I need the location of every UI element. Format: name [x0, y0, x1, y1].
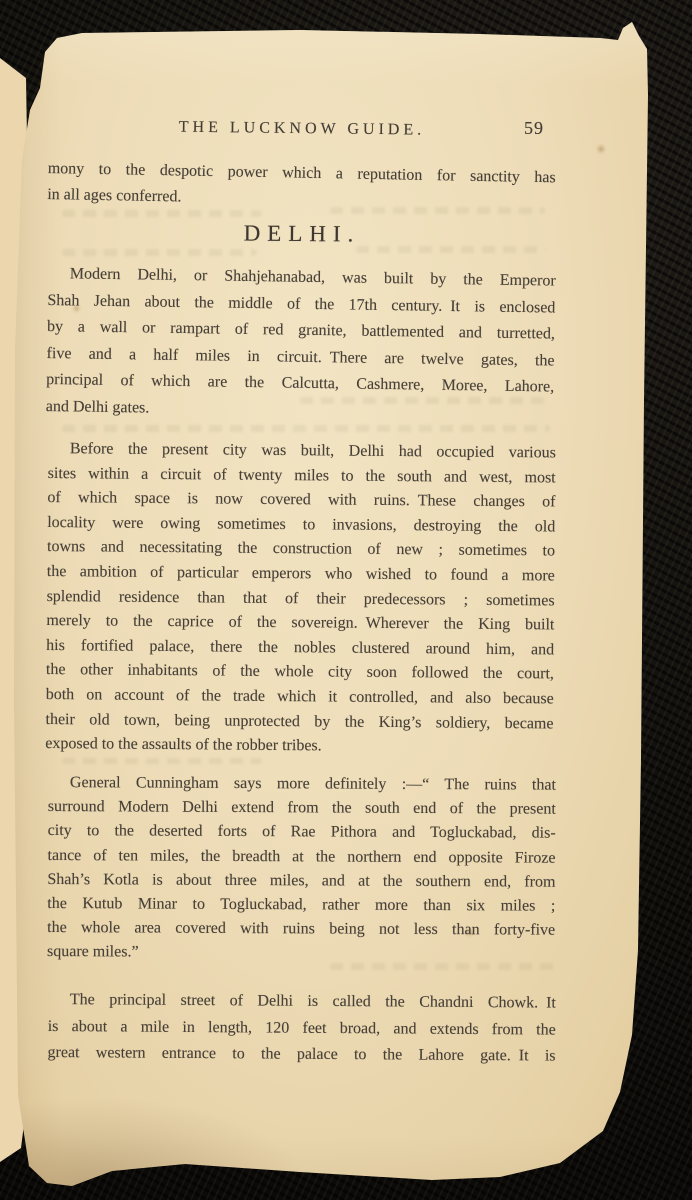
- show-through-mark: [62, 758, 262, 764]
- paragraph: Modern Delhi, or Shahjehanabad, was buil…: [46, 261, 556, 428]
- text-line: the whole area covered with ruins being …: [47, 916, 555, 943]
- text-line: surround Modern Delhi extend from the so…: [48, 795, 556, 822]
- text-line: General Cunningham says more definitely …: [48, 771, 556, 798]
- paragraph: General Cunningham says more definitely …: [47, 771, 556, 967]
- text-line: Shah’s Kotla is about three miles, and a…: [47, 868, 555, 895]
- paragraph: The principal street of Delhi is called …: [47, 987, 556, 1070]
- text-line: square miles.”: [47, 940, 555, 967]
- text-line: both on account of the trade which it co…: [46, 683, 554, 712]
- paragraph: mony to the despotic power which a reput…: [47, 156, 556, 217]
- page-number: 59: [524, 118, 544, 139]
- show-through-mark: [62, 249, 257, 256]
- foxing-spot: [598, 146, 604, 152]
- text-line: tance of ten miles, the breadth at the n…: [47, 844, 555, 871]
- text-line: great western entrance to the palace to …: [47, 1040, 555, 1070]
- text-line: The principal street of Delhi is called …: [48, 987, 556, 1017]
- text-line: exposed to the assaults of the robber tr…: [45, 732, 553, 761]
- text-line: is about a mile in length, 120 feet broa…: [48, 1013, 556, 1043]
- text-line: the Kutub Minar to Togluckabad, rather m…: [47, 892, 555, 919]
- section-heading: DELHI.: [48, 219, 556, 249]
- paragraph: Before the present city was built, Delhi…: [45, 437, 556, 761]
- text-line: city to the deserted forts of Rae Pithor…: [48, 819, 556, 846]
- text-line: the ambition of particular emperors who …: [47, 560, 555, 589]
